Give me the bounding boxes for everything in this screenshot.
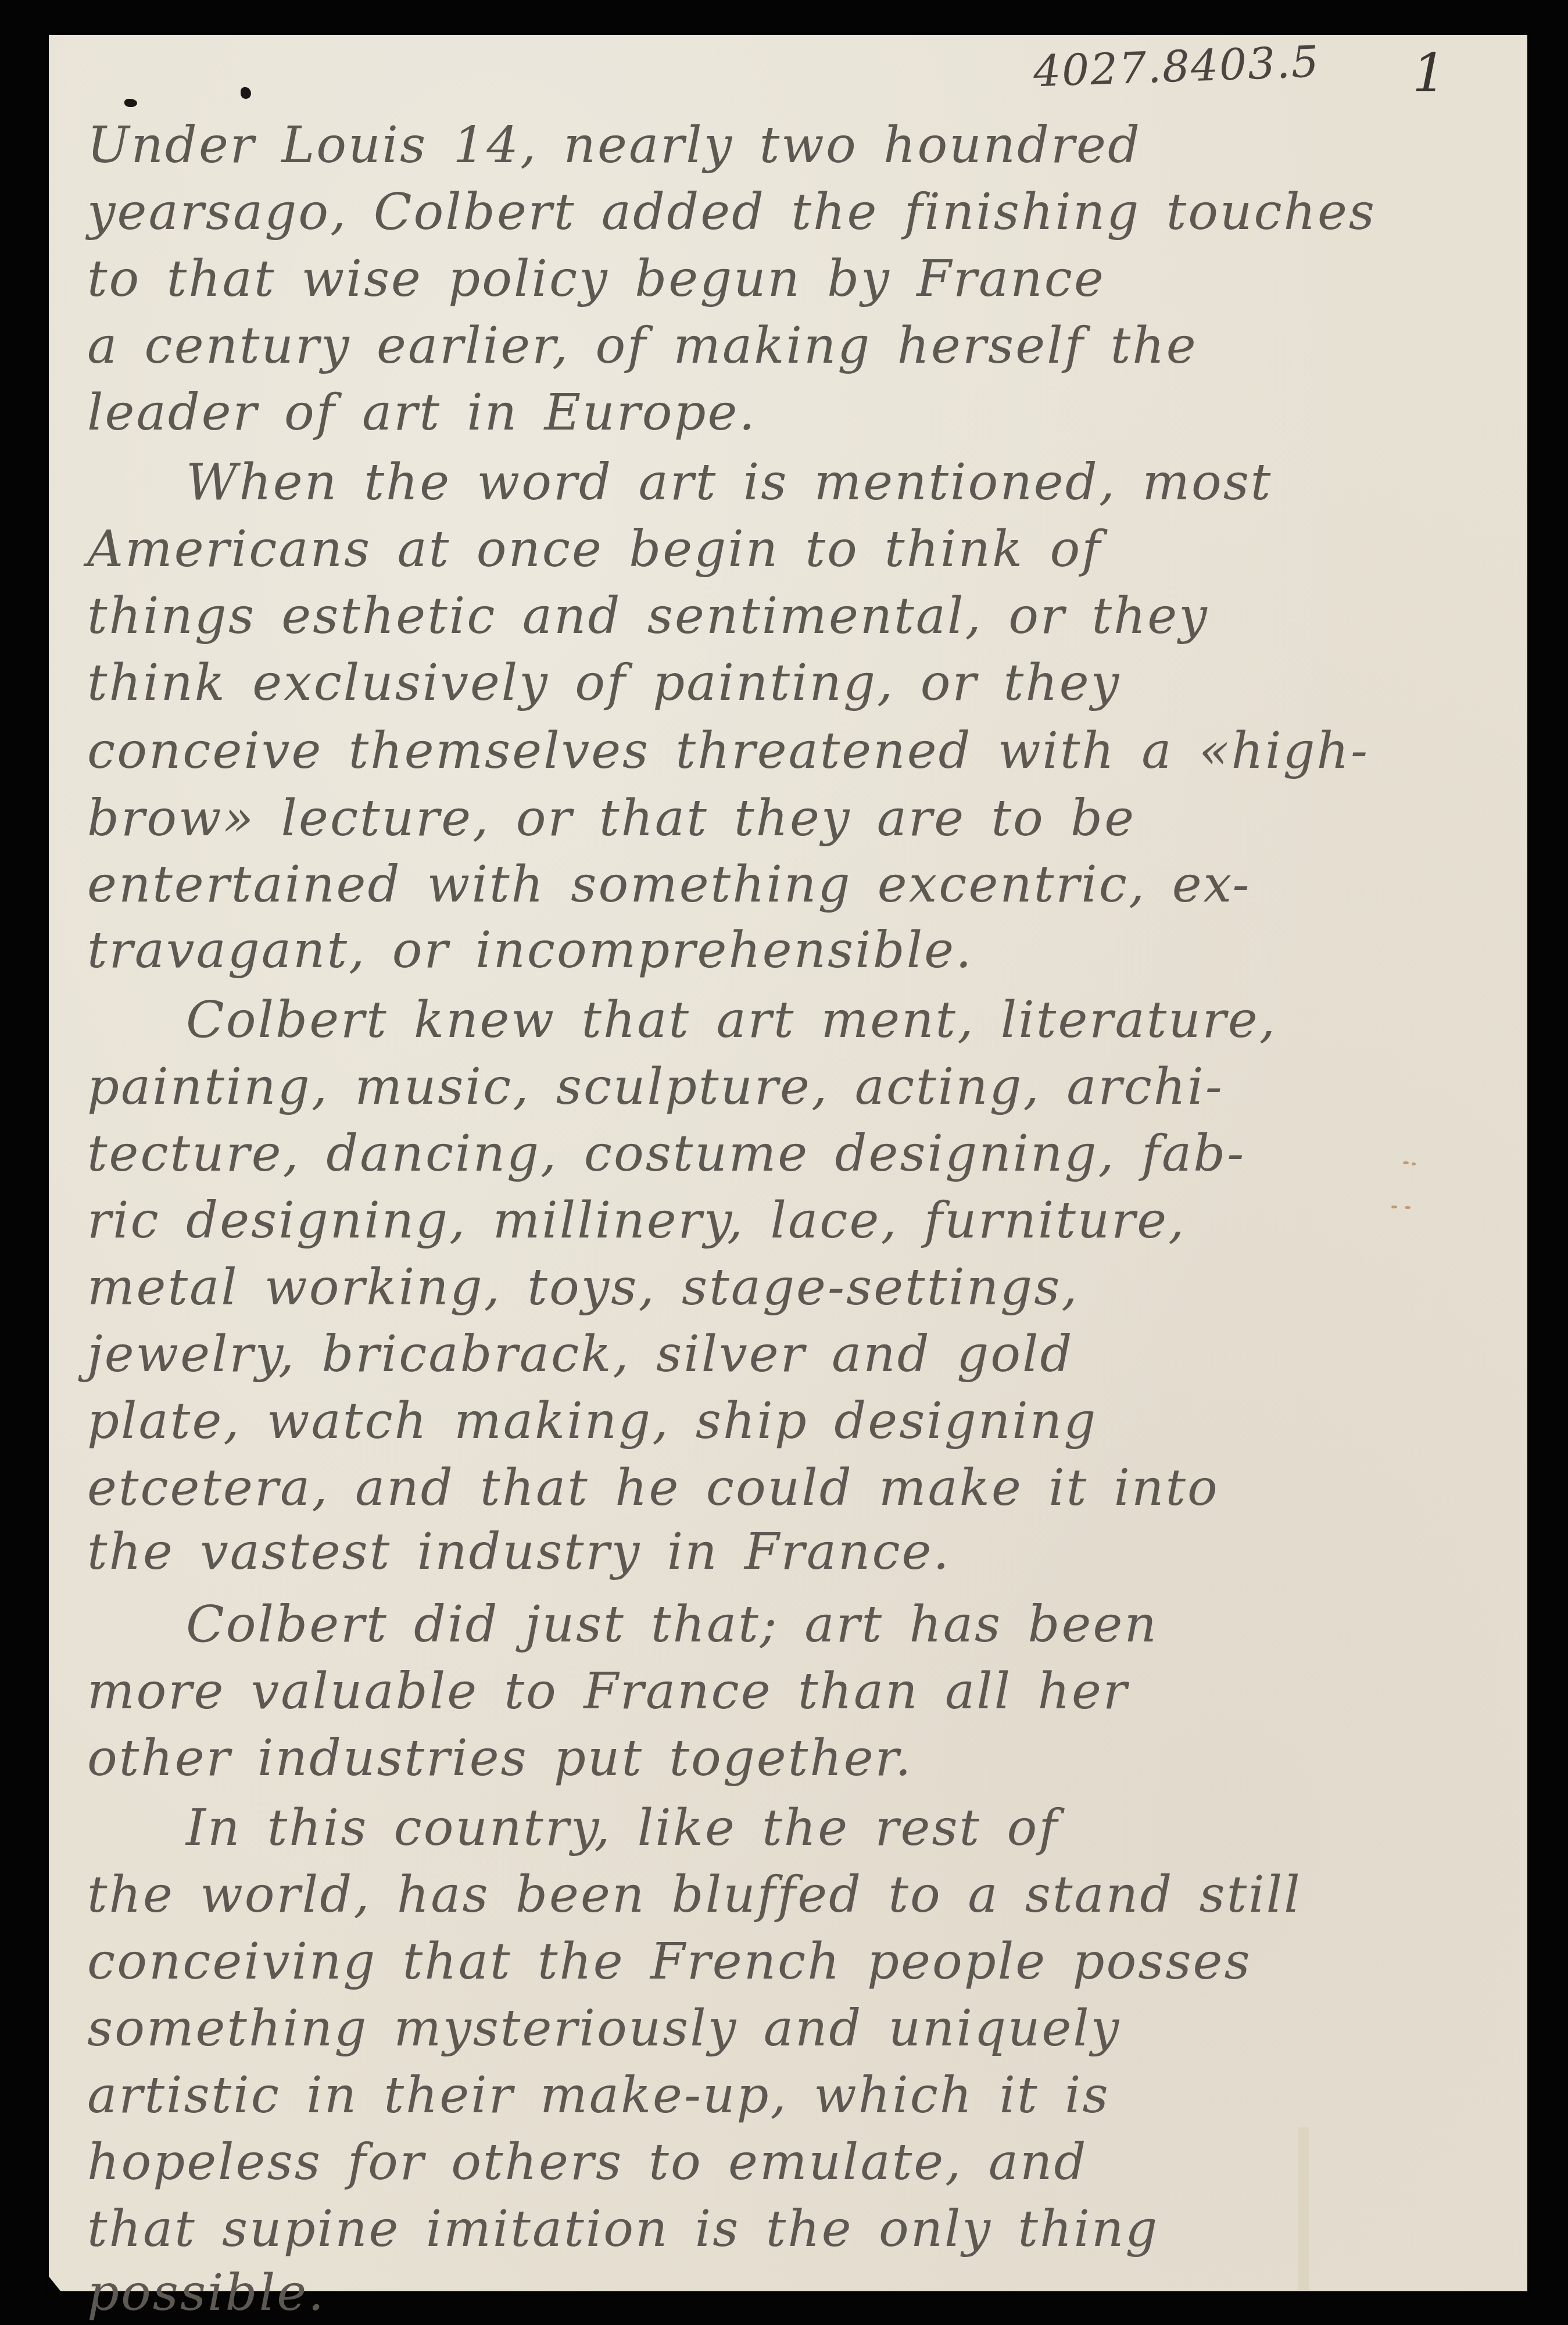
text-line: jewelry, bricabrack, silver and gold [87,1325,1074,1383]
text-line: things esthetic and sentimental, or they [87,587,1209,645]
text-line: leader of art in Europe. [87,384,757,442]
text-line: When the word art is mentioned, most [186,453,1272,512]
text-line: more valuable to France than all her [87,1662,1129,1721]
text-line: Colbert did just that; art has been [186,1596,1158,1654]
paper-discoloration [1298,2127,1309,2290]
text-line: the world, has been bluffed to a stand s… [87,1866,1302,1924]
text-line: conceive themselves threatened with a «h… [87,722,1369,780]
catalog-number: 4027.8403.5 [1033,37,1320,96]
text-line: conceiving that the French people posses [87,1933,1252,1991]
rust-stain [1403,1161,1409,1164]
text-line: something mysteriously and uniquely [87,2000,1120,2058]
ink-speck [124,99,137,107]
rust-stain [1391,1206,1397,1208]
text-line: etcetera, and that he could make it into [87,1459,1219,1517]
text-line: yearsago, Colbert added the finishing to… [87,183,1376,241]
text-line: artistic in their make-up, which it is [87,2066,1110,2124]
text-line: think exclusively of painting, or they [87,654,1120,712]
text-line: Under Louis 14, nearly two houndred [87,116,1141,174]
text-line: to that wise policy begun by France [87,250,1105,308]
text-line: plate, watch making, ship designing [87,1392,1097,1450]
text-line: travagant, or incomprehensible. [87,921,973,979]
ink-speck [241,87,251,99]
text-line: Colbert knew that art ment, literature, [186,991,1277,1049]
text-line: hopeless for others to emulate, and [87,2133,1088,2191]
text-line: the vastest industry in France. [87,1523,951,1581]
text-line: In this country, like the rest of [186,1799,1059,1857]
text-line: painting, music, sculpture, acting, arch… [87,1058,1224,1116]
text-line: Americans at once begin to think of [87,520,1102,578]
rust-stain [1412,1162,1416,1165]
rust-stain [1405,1206,1411,1209]
text-line: that supine imitation is the only thing [87,2200,1159,2258]
text-line: possible. [87,2264,325,2322]
text-line: a century earlier, of making herself the [87,317,1198,375]
text-line: other industries put together. [87,1729,913,1787]
page-number: 1 [1412,42,1447,104]
text-line: entertained with something excentric, ex… [87,856,1251,914]
text-line: ric designing, millinery, lace, furnitur… [87,1192,1186,1250]
text-line: tecture, dancing, costume designing, fab… [87,1125,1245,1183]
text-line: metal working, toys, stage-settings, [87,1258,1079,1317]
text-line: brow» lecture, or that they are to be [87,789,1136,847]
